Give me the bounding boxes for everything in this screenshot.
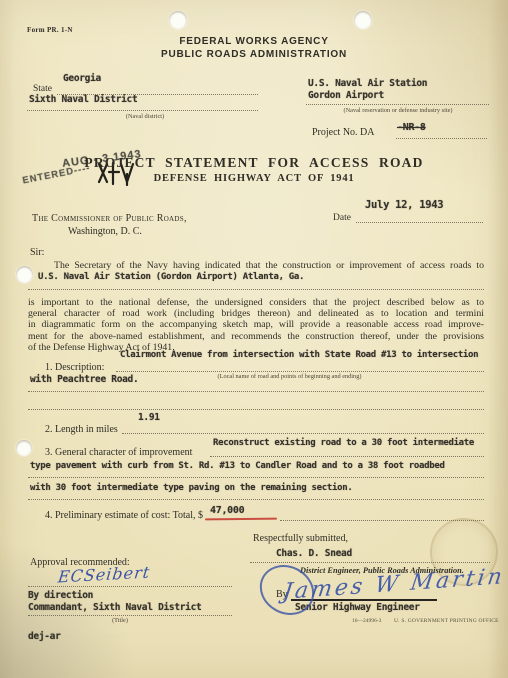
improvement-typed-line2: type pavement with curb from St. Rd. #13… — [30, 461, 445, 471]
agency-name-line2: PUBLIC ROADS ADMINISTRATION — [0, 49, 508, 60]
description-typed-line2: with Peachtree Road. — [30, 374, 138, 385]
punch-hole-top-right — [354, 11, 372, 29]
body-paragraph-line: in diagrammatic form on the accompanying… — [28, 319, 484, 330]
approval-signature: ECSeibert — [57, 563, 151, 587]
by-title: Senior Highway Engineer — [295, 602, 420, 613]
addressee-line1: The Commissioner of Public Roads, — [32, 213, 187, 224]
punch-hole-top-left — [169, 11, 187, 29]
establishment-typed: U.S. Naval Air Station (Gordon Airport) … — [38, 272, 304, 282]
document-subtitle: DEFENSE HIGHWAY ACT OF 1941 — [0, 173, 508, 184]
dotted-line — [28, 615, 232, 616]
document-title: PROJECT STATEMENT FOR ACCESS ROAD — [0, 155, 508, 171]
dotted-line — [116, 371, 484, 372]
dotted-line — [396, 138, 487, 139]
print-code: 16—24996-3 — [352, 618, 381, 624]
date-value: July 12, 1943 — [365, 199, 443, 211]
body-paragraph-line: general character of road work (includin… — [28, 308, 484, 319]
state-value: Georgia — [63, 73, 101, 84]
date-label: Date — [333, 213, 351, 223]
improvement-label: 3. General character of improvement — [45, 447, 192, 458]
state-label: State — [33, 84, 52, 94]
dotted-line — [28, 391, 484, 392]
dotted-line — [122, 433, 484, 434]
length-value: 1.91 — [138, 412, 160, 423]
approval-title-caption: (Title) — [60, 617, 180, 624]
description-caption: (Local name of road and points of beginn… — [206, 373, 373, 380]
improvement-typed-line1: Reconstruct existing road to a 30 foot i… — [213, 438, 474, 448]
dotted-line — [210, 456, 484, 457]
punch-hole-left-lower — [16, 440, 32, 456]
length-label: 2. Length in miles — [45, 424, 118, 435]
dotted-line — [28, 586, 232, 587]
dotted-line — [28, 409, 484, 410]
scanned-form-page: Form PR. 1-N FEDERAL WORKS AGENCY PUBLIC… — [0, 0, 508, 678]
dotted-line — [306, 104, 489, 105]
project-no-value: -NR-8 — [397, 122, 426, 133]
description-typed-line1: Clairmont Avenue from intersection with … — [120, 350, 478, 360]
site-caption: (Naval reservation or defense industry s… — [308, 107, 488, 114]
naval-district-value: Sixth Naval District — [29, 94, 137, 105]
body-paragraph: is important to the national defense, th… — [28, 297, 484, 353]
gpo-imprint: U. S. GOVERNMENT PRINTING OFFICE — [394, 618, 499, 624]
body-paragraph-line: ment for the above-named establishment, … — [28, 331, 484, 342]
site-value-line1: U.S. Naval Air Station — [308, 78, 427, 89]
cost-label: 4. Preliminary estimate of cost: Total, … — [45, 510, 203, 521]
salutation: Sir: — [30, 247, 44, 258]
dotted-line — [28, 477, 484, 478]
project-no-label: Project No. DA — [312, 127, 375, 138]
agency-name-line1: FEDERAL WORKS AGENCY — [0, 36, 508, 47]
dotted-line — [250, 562, 490, 563]
description-label: 1. Description: — [45, 362, 104, 373]
dotted-line — [28, 289, 484, 290]
intro-line: The Secretary of the Navy having indicat… — [28, 260, 484, 271]
form-number: Form PR. 1-N — [27, 26, 73, 34]
clerk-initials: dej-ar — [28, 631, 61, 642]
dotted-line — [28, 499, 484, 500]
approval-by-direction: By direction — [28, 590, 93, 601]
cost-red-underline — [205, 518, 277, 521]
approval-title: Commandant, Sixth Naval District — [28, 602, 201, 613]
body-paragraph-line: is important to the national defense, th… — [28, 297, 484, 308]
site-value-line2: Gordon Airport — [308, 90, 384, 101]
dotted-line — [356, 222, 483, 223]
dotted-line — [27, 110, 258, 111]
submitted-line: Respectfully submitted, — [253, 533, 348, 544]
improvement-typed-line3: with 30 foot intermediate type paving on… — [30, 483, 352, 493]
addressee-line2: Washington, D. C. — [68, 226, 142, 237]
submitted-name: Chas. D. Snead — [276, 548, 352, 559]
cost-value: 47,000 — [210, 505, 244, 516]
naval-district-caption: (Naval district) — [85, 113, 205, 120]
